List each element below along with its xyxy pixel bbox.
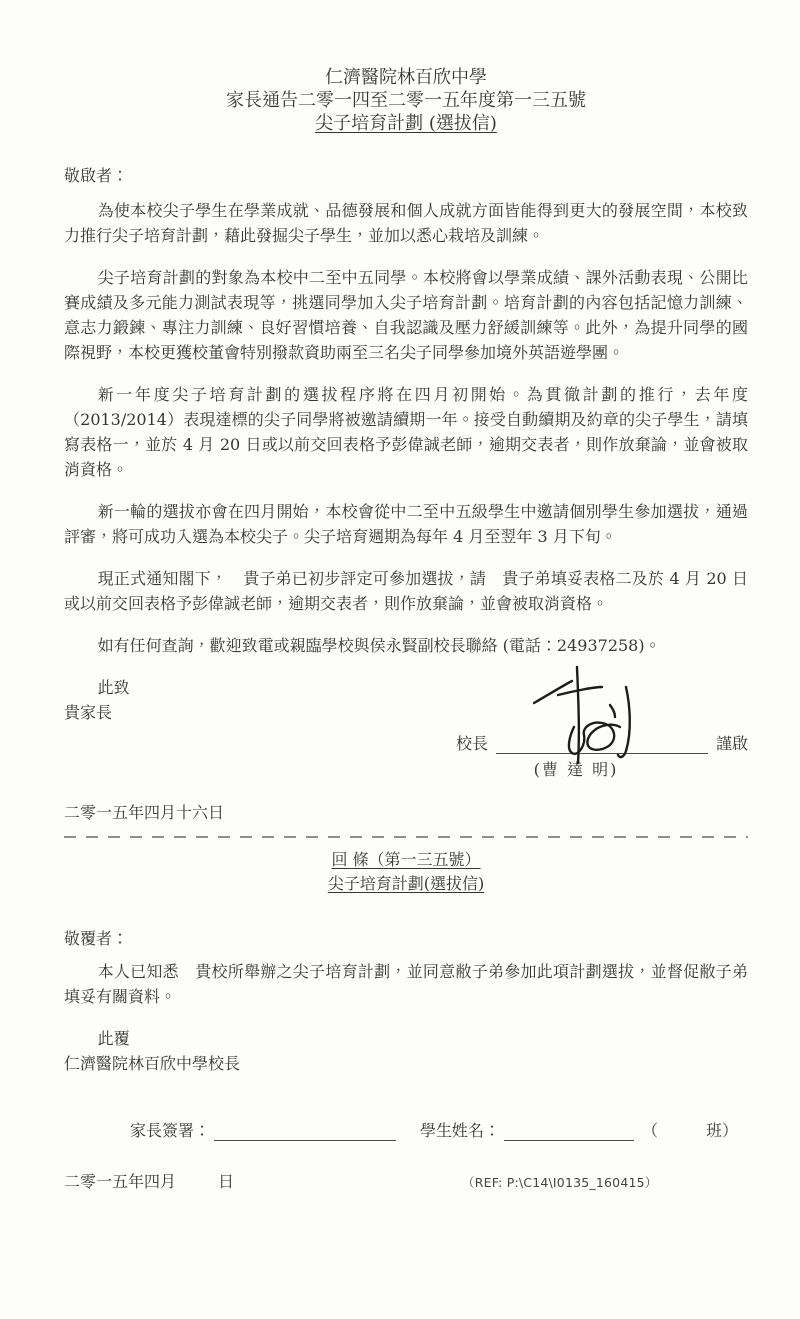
reply-closing-phrase: 此覆 (64, 1026, 748, 1051)
principal-signature-scribble (514, 665, 679, 767)
reply-date-prefix: 二零一五年四月 (64, 1169, 176, 1192)
letter-date: 二零一五年四月十六日 (64, 800, 748, 823)
reply-date-row: 二零一五年四月 日 （REF: P:\C14\I0135_160415） (64, 1169, 748, 1192)
letter-paragraph: 新一輪的選拔亦會在四月開始，本校會從中二至中五級學生中邀請個別學生參加選拔，通過… (64, 499, 748, 549)
principal-signature-line (496, 731, 708, 754)
school-name: 仁濟醫院林百欣中學 (64, 66, 748, 89)
class-open-paren: （ (642, 1118, 658, 1141)
reply-slip-header: 回 條（第一三五號） 尖子培育計劃(選拔信) (64, 848, 748, 896)
reply-body: 本人已知悉 貴校所舉辦之尖子培育計劃，並同意敝子弟參加此項計劃選拔，並督促敝子弟… (64, 959, 748, 1009)
document-ref: （REF: P:\C14\I0135_160415） (462, 1173, 657, 1191)
student-name-field (504, 1120, 634, 1141)
class-close-label: 班） (706, 1118, 738, 1141)
cut-dashed-line (64, 836, 748, 838)
reply-closing-recipient: 仁濟醫院林百欣中學校長 (64, 1054, 240, 1073)
parent-signature-label: 家長簽署： (130, 1118, 210, 1141)
principal-role-label: 校長 (456, 731, 488, 754)
respect-label: 謹啟 (716, 731, 748, 754)
letter-paragraph: 為使本校尖子學生在學業成就、品德發展和個人成就方面皆能得到更大的發展空間，本校致… (64, 198, 748, 248)
reply-slip-subtitle: 尖子培育計劃(選拔信) (64, 872, 748, 896)
letter-paragraph: 尖子培育計劃的對象為本校中二至中五同學。本校將會以學業成績、課外活動表現、公開比… (64, 265, 748, 365)
letter-paragraph: 如有任何查詢，歡迎致電或親臨學校與侯永賢副校長聯絡 (電話：24937258)。 (64, 633, 748, 658)
reply-salutation: 敬覆者： (64, 926, 748, 949)
letter-subject: 尖子培育計劃 (選拔信) (64, 112, 748, 135)
student-name-label: 學生姓名： (420, 1118, 500, 1141)
letter-paragraph: 現正式通知閣下， 貴子弟已初步評定可參加選拔，請 貴子弟填妥表格二及於 4 月 … (64, 566, 748, 616)
reply-date-day-label: 日 (218, 1169, 234, 1192)
letter-header: 仁濟醫院林百欣中學 家長通告二零一四至二零一五年度第一三五號 尖子培育計劃 (選… (64, 66, 748, 135)
signature-block: 校長 謹啟 (曹 達 明) (456, 731, 748, 780)
parent-signature-field (214, 1120, 396, 1141)
scanned-letter-page: 仁濟醫院林百欣中學 家長通告二零一四至二零一五年度第一三五號 尖子培育計劃 (選… (0, 0, 800, 1319)
class-field-group: （ 班） (642, 1118, 738, 1141)
signature-row: 校長 謹啟 (456, 731, 748, 754)
reply-closing: 此覆 仁濟醫院林百欣中學校長 (64, 1026, 748, 1076)
closing-recipient: 貴家長 (64, 703, 112, 722)
notice-number: 家長通告二零一四至二零一五年度第一三五號 (64, 89, 748, 112)
reply-fields-row: 家長簽署： 學生姓名： （ 班） (130, 1118, 748, 1141)
letter-salutation: 敬啟者： (64, 163, 748, 188)
letter-paragraph: 新一年度尖子培育計劃的選拔程序將在四月初開始。為貫徹計劃的推行，去年度（2013… (64, 382, 748, 482)
reply-slip-title: 回 條（第一三五號） (64, 848, 748, 872)
